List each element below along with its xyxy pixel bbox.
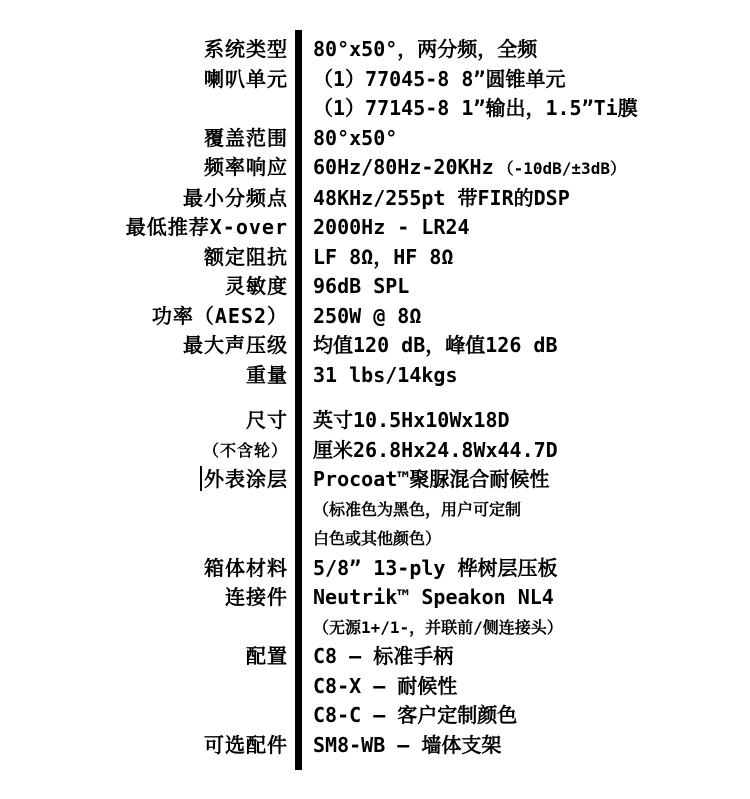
spec-row: 系统类型80°x50°，两分频，全频 [0, 35, 750, 65]
spec-value-text: SM8-WB — 墙体支架 [313, 733, 501, 757]
spec-value-cell: 2000Hz - LR24 [313, 213, 470, 243]
spec-value-cell: 80°x50° [313, 124, 397, 154]
spec-row: 额定阻抗LF 8Ω，HF 8Ω [0, 243, 750, 273]
spec-value-line: （标准色为黑色，用户可定制 [313, 495, 549, 525]
spec-value-cell: 均值120 dB，峰值126 dB [313, 331, 558, 361]
spec-label-cell: 最低推荐X-over [0, 213, 288, 243]
spec-value-line: （1）77145-8 1”输出，1.5”Ti膜 [313, 94, 638, 124]
spec-row: 功率（AES2）250W @ 8Ω [0, 302, 750, 332]
spec-value-text: 2000Hz - LR24 [313, 215, 470, 239]
spec-value-text: C8 — 标准手柄 [313, 644, 453, 668]
spec-value-line: C8-X — 耐候性 [313, 672, 517, 702]
spec-value-line: （1）77045-8 8”圆锥单元 [313, 65, 638, 95]
spec-value-cell: （1）77045-8 8”圆锥单元（1）77145-8 1”输出，1.5”Ti膜 [313, 65, 638, 124]
spec-value-cell: 80°x50°，两分频，全频 [313, 35, 537, 65]
spec-value-line: LF 8Ω，HF 8Ω [313, 243, 453, 273]
spec-value-text: 5/8” 13-ply 桦树层压板 [313, 556, 558, 580]
spec-value-line: 48KHz/255pt 带FIR的DSP [313, 184, 570, 214]
spec-value-cell: 厘米26.8Hx24.8Wx44.7D [313, 436, 558, 466]
spec-row: 可选配件SM8-WB — 墙体支架 [0, 731, 750, 761]
spec-row: 箱体材料5/8” 13-ply 桦树层压板 [0, 554, 750, 584]
spec-value-line: 31 lbs/14kgs [313, 361, 458, 391]
spec-row: 喇叭单元（1）77045-8 8”圆锥单元（1）77145-8 1”输出，1.5… [0, 65, 750, 124]
spec-label: 尺寸 [246, 408, 288, 432]
spec-value-line: 厘米26.8Hx24.8Wx44.7D [313, 436, 558, 466]
spec-label: 外表涂层 [204, 467, 288, 491]
spec-value-line: 96dB SPL [313, 272, 409, 302]
spec-label-cell: 配置 [0, 642, 288, 672]
spec-label-cell: 额定阻抗 [0, 243, 288, 273]
spec-label: 最低推荐X-over [126, 215, 288, 239]
spec-value-cell: LF 8Ω，HF 8Ω [313, 243, 453, 273]
spec-label: 连接件 [225, 585, 288, 609]
spec-label-cell: 连接件 [0, 583, 288, 613]
spec-label: （不含轮） [203, 441, 288, 460]
spec-value-line: C8 — 标准手柄 [313, 642, 517, 672]
spec-row: 最小分频点48KHz/255pt 带FIR的DSP [0, 184, 750, 214]
spec-value-cell: 5/8” 13-ply 桦树层压板 [313, 554, 558, 584]
spec-value-line: 2000Hz - LR24 [313, 213, 470, 243]
spec-value-text: 31 lbs/14kgs [313, 363, 458, 387]
spec-value-text: （无源1+/1-，并联前/侧连接头） [313, 618, 563, 637]
spec-value-line: 白色或其他颜色） [313, 524, 549, 554]
spec-value-text: Procoat™聚脲混合耐候性 [313, 467, 549, 491]
spec-label-cell: 系统类型 [0, 35, 288, 65]
spec-value-text: 80°x50° [313, 126, 397, 150]
spec-row: （不含轮）厘米26.8Hx24.8Wx44.7D [0, 436, 750, 466]
spec-value-cell: Procoat™聚脲混合耐候性（标准色为黑色，用户可定制白色或其他颜色） [313, 465, 549, 554]
spec-value-line: 均值120 dB，峰值126 dB [313, 331, 558, 361]
spec-value-text: 均值120 dB，峰值126 dB [313, 333, 558, 357]
spec-label-cell: 频率响应 [0, 153, 288, 183]
spec-value-cell: 31 lbs/14kgs [313, 361, 458, 391]
spec-value-text: （1）77145-8 1”输出，1.5”Ti膜 [313, 96, 638, 120]
spec-label-cell: 灵敏度 [0, 272, 288, 302]
spec-row: 最低推荐X-over2000Hz - LR24 [0, 213, 750, 243]
spec-value-cell: SM8-WB — 墙体支架 [313, 731, 501, 761]
spec-label: 喇叭单元 [204, 67, 288, 91]
spec-value-text: 英寸10.5Hx10Wx18D [313, 408, 510, 432]
spec-label-cell: 覆盖范围 [0, 124, 288, 154]
spec-row: 配置C8 — 标准手柄C8-X — 耐候性C8-C — 客户定制颜色 [0, 642, 750, 731]
spec-value-text: （标准色为黑色，用户可定制 [313, 500, 521, 519]
spec-value-cell: 96dB SPL [313, 272, 409, 302]
spec-label: 覆盖范围 [204, 126, 288, 150]
spec-row: 外表涂层Procoat™聚脲混合耐候性（标准色为黑色，用户可定制白色或其他颜色） [0, 465, 750, 554]
spec-label: 最小分频点 [183, 186, 288, 210]
spec-label-cell: 喇叭单元 [0, 65, 288, 95]
spec-label: 可选配件 [204, 733, 288, 757]
spec-sheet-page: 系统类型80°x50°，两分频，全频喇叭单元（1）77045-8 8”圆锥单元（… [0, 0, 750, 799]
spec-label-cell: 最大声压级 [0, 331, 288, 361]
spec-row: 最大声压级均值120 dB，峰值126 dB [0, 331, 750, 361]
spec-label-cell: 重量 [0, 361, 288, 391]
spec-value-cell: 英寸10.5Hx10Wx18D [313, 406, 510, 436]
spec-value-text: 250W @ 8Ω [313, 304, 421, 328]
spec-value-line: 60Hz/80Hz-20KHz（-10dB/±3dB） [313, 153, 626, 184]
spec-label: 灵敏度 [225, 274, 288, 298]
spec-value-line: 5/8” 13-ply 桦树层压板 [313, 554, 558, 584]
spec-value-text: Neutrik™ Speakon NL4 [313, 585, 554, 609]
spec-value-line: SM8-WB — 墙体支架 [313, 731, 501, 761]
spec-value-text: 48KHz/255pt 带FIR的DSP [313, 186, 570, 210]
spec-value-text: 厘米26.8Hx24.8Wx44.7D [313, 438, 558, 462]
spec-row: 重量31 lbs/14kgs [0, 361, 750, 391]
spec-value-line: C8-C — 客户定制颜色 [313, 701, 517, 731]
spec-row: 灵敏度96dB SPL [0, 272, 750, 302]
spec-value-text: 80°x50°，两分频，全频 [313, 37, 537, 61]
spec-label-cell: 最小分频点 [0, 184, 288, 214]
spec-value-cell: 60Hz/80Hz-20KHz（-10dB/±3dB） [313, 153, 626, 184]
spec-value-cell: 250W @ 8Ω [313, 302, 421, 332]
spec-label: 频率响应 [204, 155, 288, 179]
spec-row: 频率响应60Hz/80Hz-20KHz（-10dB/±3dB） [0, 153, 750, 184]
spec-label-cell: 尺寸 [0, 406, 288, 436]
spec-value-line: 250W @ 8Ω [313, 302, 421, 332]
text-cursor [200, 466, 202, 491]
spec-row: 尺寸英寸10.5Hx10Wx18D [0, 406, 750, 436]
spec-label-cell: （不含轮） [0, 436, 288, 466]
spec-value-text: （1）77045-8 8”圆锥单元 [313, 67, 565, 91]
spec-label: 额定阻抗 [204, 245, 288, 269]
spec-value-text: C8-X — 耐候性 [313, 674, 457, 698]
spec-label-cell: 外表涂层 [0, 465, 288, 495]
spec-label: 箱体材料 [204, 556, 288, 580]
spec-label: 重量 [246, 363, 288, 387]
spec-value-line: Procoat™聚脲混合耐候性 [313, 465, 549, 495]
spec-value-line: 80°x50° [313, 124, 397, 154]
spec-label-cell: 功率（AES2） [0, 302, 288, 332]
spec-label-cell: 可选配件 [0, 731, 288, 761]
spec-value-text: 60Hz/80Hz-20KHz [313, 155, 494, 179]
spec-row: 连接件Neutrik™ Speakon NL4（无源1+/1-，并联前/侧连接头… [0, 583, 750, 642]
spec-row: 覆盖范围80°x50° [0, 124, 750, 154]
spec-label: 系统类型 [204, 37, 288, 61]
spec-value-line: 80°x50°，两分频，全频 [313, 35, 537, 65]
spec-value-cell: 48KHz/255pt 带FIR的DSP [313, 184, 570, 214]
spec-value-cell: Neutrik™ Speakon NL4（无源1+/1-，并联前/侧连接头） [313, 583, 563, 642]
spec-value-line: （无源1+/1-，并联前/侧连接头） [313, 613, 563, 643]
spec-value-text: 白色或其他颜色） [313, 529, 441, 548]
spec-value-text: 96dB SPL [313, 274, 409, 298]
spec-value-text: C8-C — 客户定制颜色 [313, 703, 517, 727]
spec-rows: 系统类型80°x50°，两分频，全频喇叭单元（1）77045-8 8”圆锥单元（… [0, 35, 750, 760]
spec-value-text: LF 8Ω，HF 8Ω [313, 245, 453, 269]
spec-label: 最大声压级 [183, 333, 288, 357]
spec-value-line: 英寸10.5Hx10Wx18D [313, 406, 510, 436]
spec-value-cell: C8 — 标准手柄C8-X — 耐候性C8-C — 客户定制颜色 [313, 642, 517, 731]
spec-label: 功率（AES2） [152, 304, 288, 328]
spec-value-line: Neutrik™ Speakon NL4 [313, 583, 563, 613]
spec-label-cell: 箱体材料 [0, 554, 288, 584]
spec-value-suffix: （-10dB/±3dB） [498, 159, 626, 178]
spec-label: 配置 [246, 644, 288, 668]
